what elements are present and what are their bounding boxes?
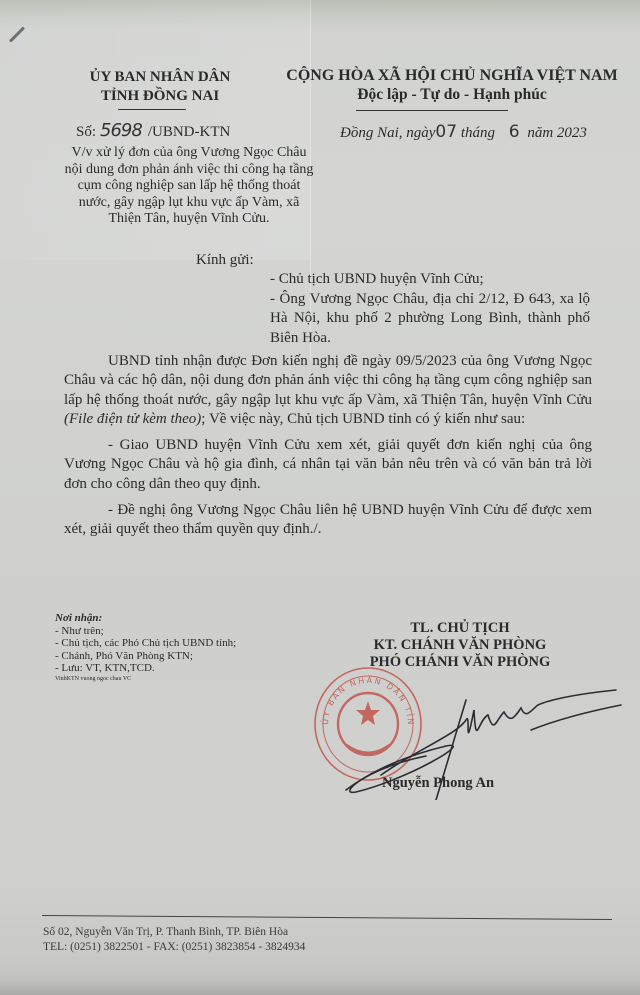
issuing-organization: ỦY BAN NHÂN DÂN TỈNH ĐỒNG NAI [70,68,250,106]
distribution-item: - Chủ tịch, các Phó Chủ tịch UBND tỉnh; [55,637,295,650]
recipient-item: - Chủ tịch UBND huyện Vĩnh Cửu; [270,270,590,290]
body-paragraph: - Giao UBND huyện Vĩnh Cửu xem xét, giải… [64,436,592,494]
signature-title: TL. CHỦ TỊCH KT. CHÁNH VĂN PHÒNG PHÓ CHÁ… [340,620,580,671]
document-number: Số:5698/UBND-KTN [76,120,230,141]
file-reference: VinhKTN vuong ngoc chau VC [55,675,295,684]
distribution-list: Nơi nhận: - Như trên; - Chủ tịch, các Ph… [55,612,295,684]
signer-name: Nguyễn Phong An [382,775,494,792]
handwritten-month: 6 [509,122,520,142]
body-paragraph: - Đề nghị ông Vương Ngọc Châu liên hệ UB… [64,501,592,540]
org-province: TỈNH ĐỒNG NAI [70,87,250,106]
national-heading: CỘNG HÒA XÃ HỘI CHỦ NGHĨA VIỆT NAM Độc l… [272,66,632,104]
body-paragraph: UBND tỉnh nhận được Đơn kiến nghị đề ngà… [64,352,592,429]
subject-line: V/v xử lý đơn của ông Vương Ngọc Châu nộ… [64,145,314,228]
distribution-item: - Như trên; [55,625,295,638]
nation-title: CỘNG HÒA XÃ HỘI CHỦ NGHĨA VIỆT NAM [272,66,632,85]
footer-contact: Số 02, Nguyễn Văn Trị, P. Thanh Bình, TP… [43,925,305,955]
distribution-label: Nơi nhận: [55,612,295,625]
handwritten-number: 5698 [100,120,142,141]
recipients-list: - Chủ tịch UBND huyện Vĩnh Cửu; - Ông Vư… [270,270,590,348]
footer-address: Số 02, Nguyễn Văn Trị, P. Thanh Bình, TP… [43,925,305,940]
recipient-item: - Ông Vương Ngọc Châu, địa chỉ 2/12, Đ 6… [270,290,590,349]
footer-phone-fax: TEL: (0251) 3822501 - FAX: (0251) 382385… [43,940,305,955]
org-name: ỦY BAN NHÂN DÂN [70,68,250,87]
distribution-item: - Chánh, Phó Văn Phòng KTN; [55,650,295,663]
handwritten-day: 07 [435,122,457,142]
recipients-label: Kính gửi: [196,252,254,269]
document-body: UBND tỉnh nhận được Đơn kiến nghị đề ngà… [64,352,592,547]
distribution-item: - Lưu: VT, KTN,TCD. [55,662,295,675]
footer-divider [42,915,612,920]
paper-bottom-edge [0,978,640,995]
org-underline [118,109,186,110]
document-date: Đồng Nai, ngày07 tháng 6 năm 2023 [340,122,587,142]
nation-motto: Độc lập - Tự do - Hạnh phúc [272,85,632,104]
motto-underline [356,110,508,111]
